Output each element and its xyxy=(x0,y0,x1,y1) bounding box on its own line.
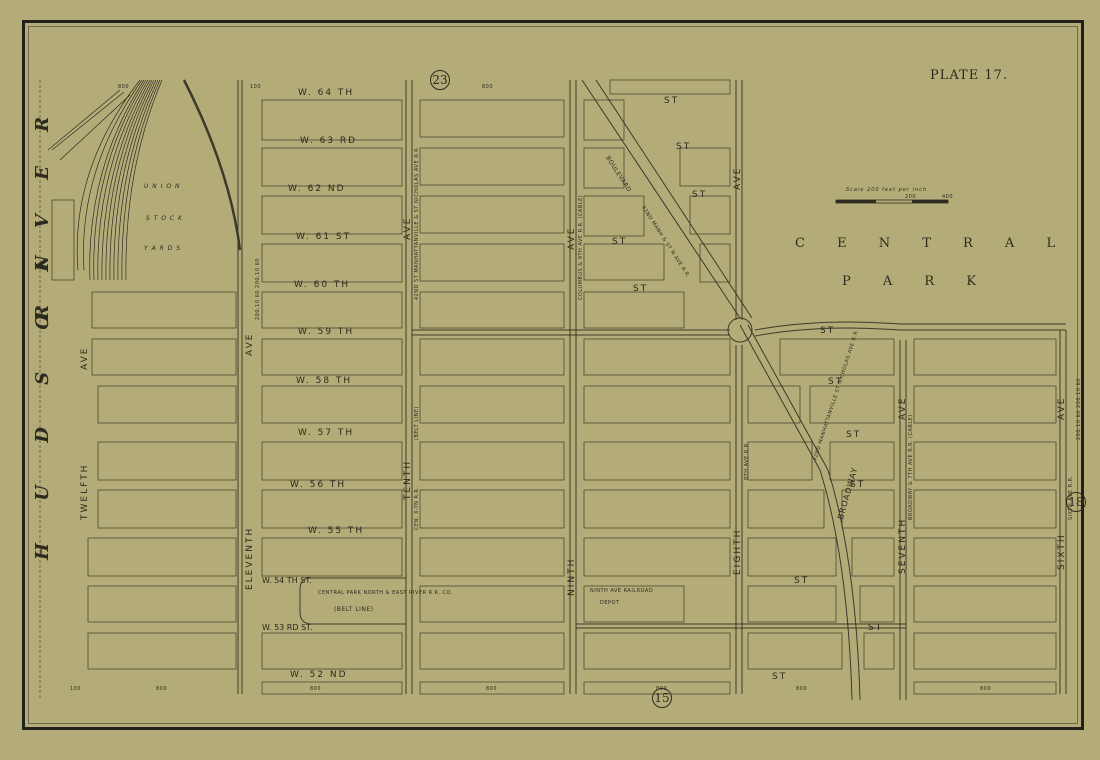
street-w63: W. 63 RD xyxy=(300,136,357,146)
avenue-tenth: TENTH xyxy=(403,460,413,500)
street-st-52: ST xyxy=(772,672,787,682)
avenue-sixth: SIXTH xyxy=(1057,533,1067,570)
map-inner-border xyxy=(28,26,1078,724)
street-st-61: ST xyxy=(612,237,627,247)
street-st-64: ST xyxy=(664,96,679,106)
dim-100-top: 100 xyxy=(250,84,261,90)
yards-label: Y A R D S xyxy=(144,245,181,252)
avenue-seventh-ave: AVE xyxy=(898,397,908,420)
dim-100-bottom-left: 100 xyxy=(70,686,81,692)
ninth-ave-depot-line1: NINTH AVE RAILROAD xyxy=(590,588,653,594)
street-w62: W. 62 ND xyxy=(288,184,346,194)
street-w56: W. 56 TH xyxy=(290,480,346,490)
street-w58: W. 58 TH xyxy=(296,376,352,386)
street-w52: W. 52 ND xyxy=(290,670,348,680)
avenue-eighth: EIGHTH xyxy=(733,529,743,575)
street-w60: W. 60 TH xyxy=(294,280,350,290)
dim-800-bottom-5: 800 xyxy=(796,686,807,692)
street-st-57: ST xyxy=(846,430,861,440)
scale-caption: Scale 200 feet per inch xyxy=(846,187,927,193)
seventh-ave-railroad: BROADWAY & 7TH AVE R.R. (CABLE) xyxy=(908,414,914,520)
dim-800-bottom-2: 800 xyxy=(310,686,321,692)
avenue-eleventh: ELEVENTH xyxy=(245,527,255,590)
street-st-53: ST xyxy=(868,623,883,633)
dim-800-top-left: 800 xyxy=(118,84,129,90)
plate-title: PLATE 17. xyxy=(930,68,1008,83)
avenue-ninth: NINTH xyxy=(567,558,577,596)
street-w59: W. 59 TH xyxy=(298,327,354,337)
avenue-eighth-ave: AVE xyxy=(733,167,743,190)
avenue-sixth-ave: AVE xyxy=(1057,397,1067,420)
avenue-twelfth: TWELFTH xyxy=(80,464,90,520)
tenth-ave-railroad: 42ND ST MANHATTANVILLE & ST NICHOLAS AVE… xyxy=(414,146,420,300)
river-label: R I V E R xyxy=(32,103,53,320)
scale-400: 400 xyxy=(942,194,953,200)
street-w61: W. 61 ST xyxy=(296,232,351,242)
dim-800-bottom-3: 800 xyxy=(486,686,497,692)
street-st-62: ST xyxy=(692,190,707,200)
avenue-eleventh-ave: AVE xyxy=(245,333,255,356)
avenue-ninth-ave: AVE xyxy=(567,227,577,250)
street-st-63: ST xyxy=(676,142,691,152)
avenue-seventh: SEVENTH xyxy=(898,518,908,574)
sixth-ave-railroad: SIXTH AVE R.R. xyxy=(1068,476,1074,520)
adjoining-sheet-23[interactable]: 23 xyxy=(430,70,450,90)
central-park-label-line2: P A R K xyxy=(842,274,990,289)
street-st-54: ST xyxy=(794,576,809,586)
eighth-ave-railroad: 8TH AVE R.R. xyxy=(744,441,750,480)
tenth-crosstown-railroad: CEN. X-TN R.R. xyxy=(414,487,420,530)
street-w54: W. 54 TH ST. xyxy=(262,576,312,585)
avenue-tenth-ave: AVE xyxy=(403,217,413,240)
street-w57: W. 57 TH xyxy=(298,428,354,438)
central-park-label-line1: C E N T R A L xyxy=(795,236,1069,251)
stock-label: S T O C K xyxy=(146,215,183,222)
dim-800-bottom-left: 800 xyxy=(156,686,167,692)
avenue-twelfth-ave: AVE xyxy=(80,347,90,370)
lot-dimensions-sixth: 200.10 60 200.10 60 xyxy=(1076,378,1082,440)
tenth-belt-line: (BELT LINE) xyxy=(414,406,420,440)
street-w64: W. 64 TH xyxy=(298,88,354,98)
street-w55: W. 55 TH xyxy=(308,526,364,536)
street-st-59: ST xyxy=(820,326,835,336)
dim-800-top: 800 xyxy=(482,84,493,90)
lot-dimensions-eleventh: 200.10 60 200.10 60 xyxy=(255,258,261,320)
scale-200: 200 xyxy=(905,194,916,200)
street-st-60: ST xyxy=(633,284,648,294)
belt-line-company: CENTRAL PARK NORTH & EAST RIVER R.R. CO. xyxy=(318,590,453,596)
union-label: U N I O N xyxy=(144,183,181,190)
ninth-ave-railroad: COLUMBUS & 9TH AVE R.R. (CABLE) xyxy=(578,195,584,300)
dim-800-bottom-4: 800 xyxy=(656,686,667,692)
ninth-ave-depot-line2: DEPOT xyxy=(600,600,620,606)
street-w53: W. 53 RD ST. xyxy=(262,623,313,632)
dim-800-bottom-6: 800 xyxy=(980,686,991,692)
belt-line-label: (BELT LINE) xyxy=(334,606,374,613)
